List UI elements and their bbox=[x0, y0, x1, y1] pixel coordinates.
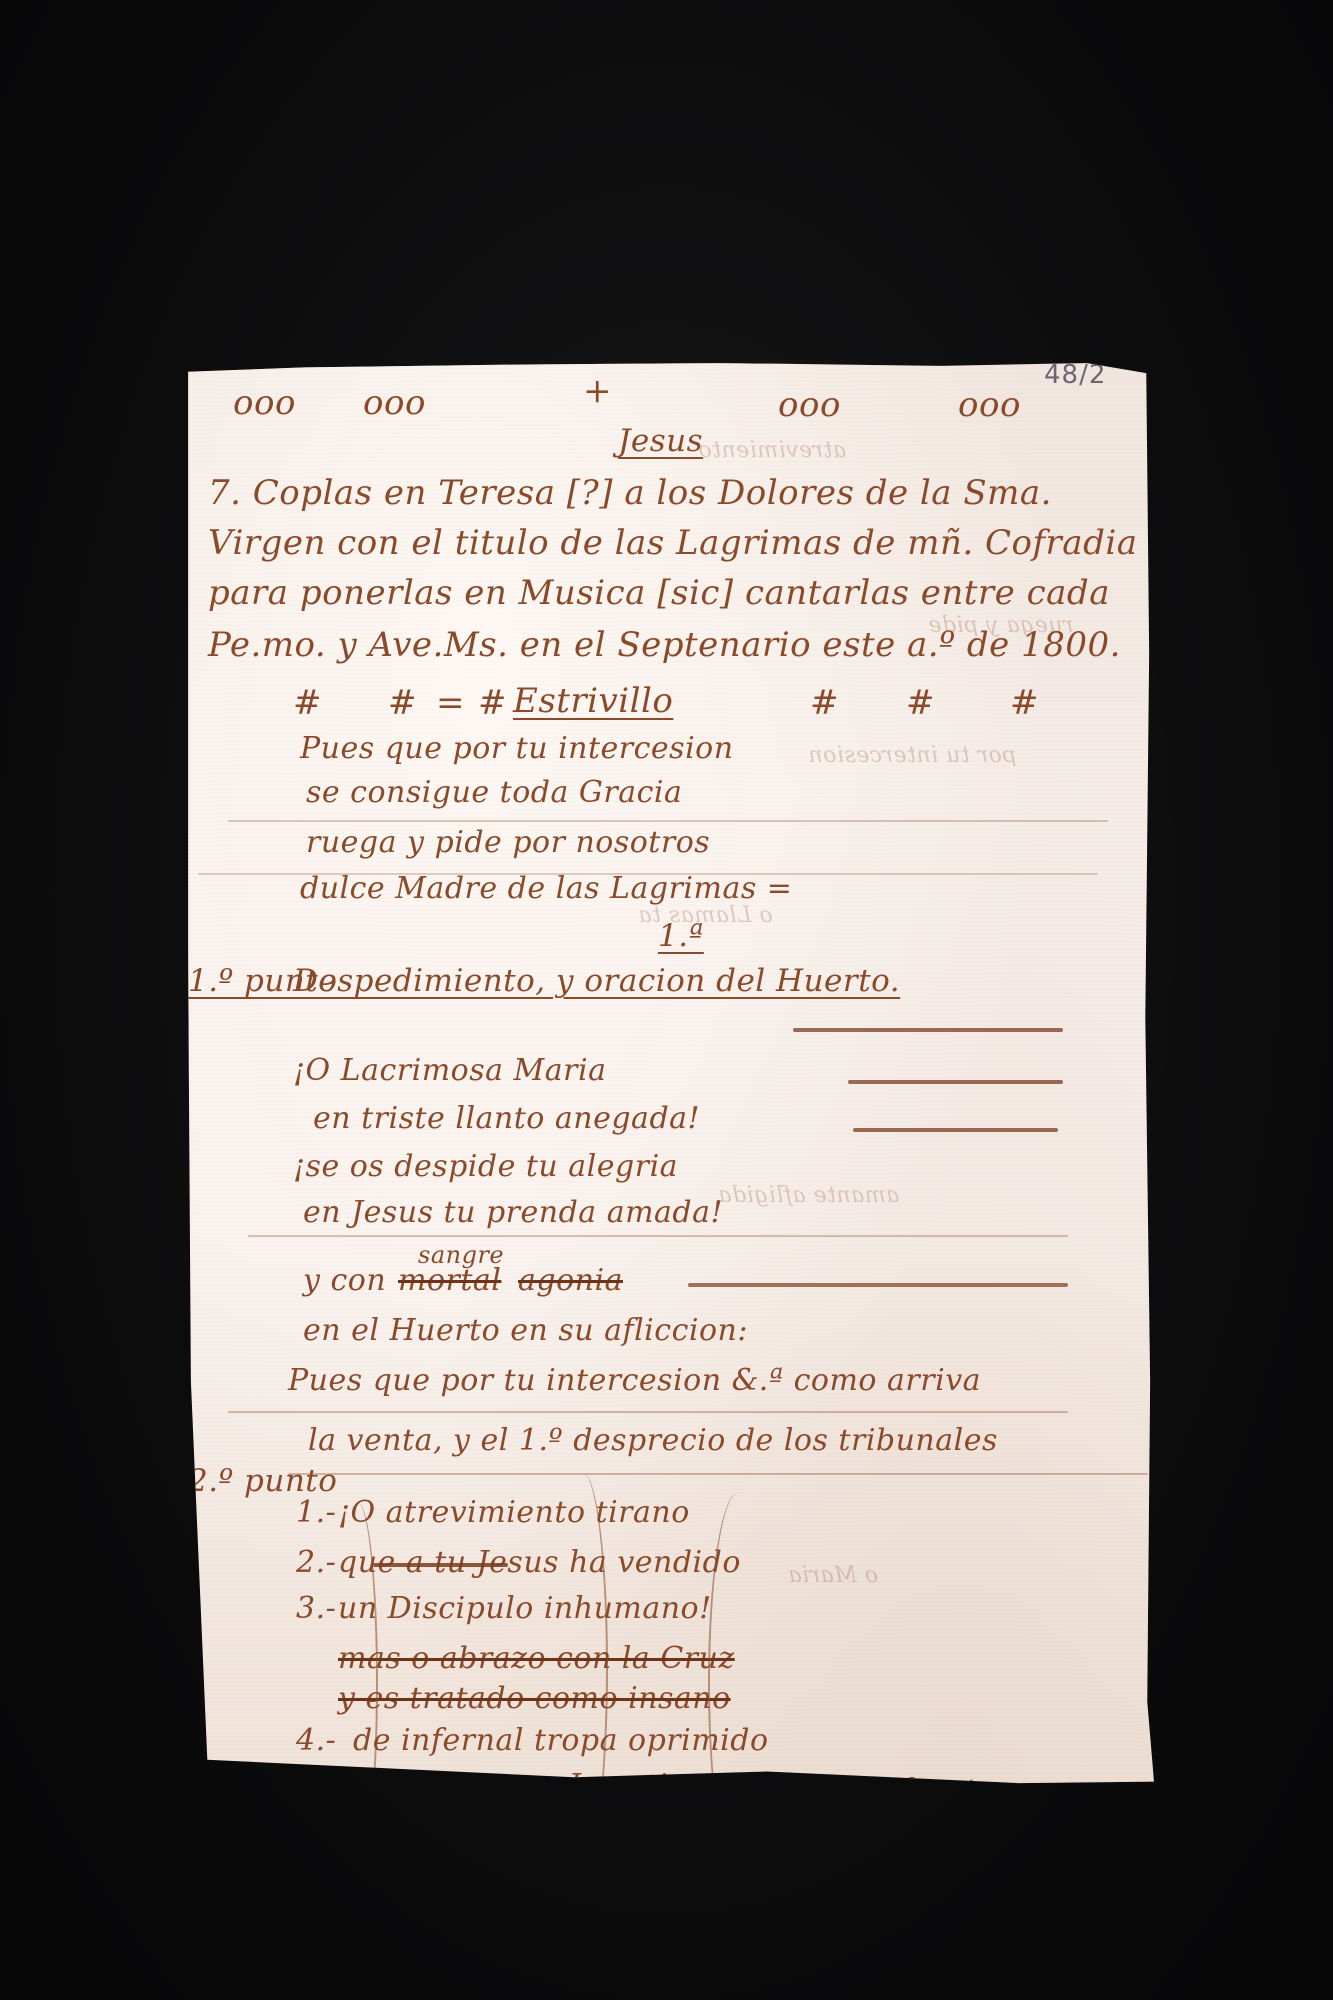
struck-line: y es tratado como insano bbox=[338, 1681, 731, 1716]
punto-heading: la venta, y el 1.º desprecio de los trib… bbox=[308, 1423, 998, 1458]
verse-line: se consigue toda Gracia bbox=[306, 775, 682, 810]
line-number: 4.- bbox=[296, 1723, 336, 1758]
line-number: 3.- bbox=[296, 1591, 336, 1626]
strike-bar bbox=[793, 1028, 1063, 1032]
estribillo-heading: Estrivillo bbox=[513, 681, 673, 721]
line-number: 1.- bbox=[296, 1495, 336, 1530]
cross-mark: + bbox=[583, 371, 612, 411]
ruled-line bbox=[228, 820, 1108, 822]
section-marker: 1.ª bbox=[658, 918, 704, 954]
flourish: ooo bbox=[958, 385, 1021, 425]
strike-bar bbox=[373, 1563, 508, 1567]
punto-heading: Despedimiento, y oracion del Huerto. bbox=[293, 963, 900, 999]
title-line: Pe.mo. y Ave.Ms. en el Septenario este a… bbox=[208, 625, 1121, 665]
section-mark: # bbox=[810, 683, 839, 723]
verse-line: y con bbox=[303, 1263, 386, 1298]
title-line: para ponerlas en Musica [sic] cantarlas … bbox=[208, 573, 1110, 613]
struck-line: mas o abrazo con la Cruz bbox=[338, 1641, 735, 1676]
verse-line: ruega y pide por nosotros bbox=[306, 825, 710, 860]
invocation: Jesus bbox=[618, 423, 703, 459]
verse-line: ¡O atrevimiento tirano bbox=[338, 1495, 690, 1530]
verse-tail: agonia bbox=[518, 1263, 623, 1298]
section-mark: # bbox=[293, 683, 322, 723]
section-mark: = bbox=[436, 683, 465, 723]
verse-line: Pues que por tu intercesion bbox=[300, 731, 734, 766]
title-line: Virgen con el titulo de las Lagrimas de … bbox=[208, 523, 1138, 563]
bleed-through: por tu intercesion bbox=[808, 743, 1017, 768]
bleed-through: o Maria bbox=[788, 1563, 878, 1588]
flourish: ooo bbox=[233, 383, 296, 423]
strike-bar bbox=[848, 1080, 1063, 1084]
ruled-line bbox=[248, 1235, 1068, 1237]
flourish: ooo bbox=[778, 385, 841, 425]
refrain-reference: Pues que por tu intercesion &.ª como arr… bbox=[288, 1363, 981, 1398]
verse-line: dulce Madre de las Lagrimas = bbox=[300, 871, 792, 906]
verse-line: en triste llanto anegada! bbox=[313, 1101, 700, 1136]
line-number: 2.- bbox=[296, 1545, 336, 1580]
bleed-through: amante afligida bbox=[718, 1183, 899, 1208]
strike-bar bbox=[688, 1283, 1068, 1287]
manuscript-page: 48/2 ooo ooo + ooo ooo Jesus atrevimient… bbox=[188, 363, 1154, 1818]
bleed-through: atrevimiento bbox=[698, 438, 846, 463]
section-mark: # bbox=[1010, 683, 1039, 723]
strike-bar bbox=[853, 1128, 1058, 1132]
ruled-line bbox=[228, 1411, 1068, 1413]
struck-word: mortal bbox=[398, 1263, 501, 1298]
verse-line: en Jesus tu prenda amada! bbox=[303, 1195, 723, 1230]
section-mark: # bbox=[478, 683, 507, 723]
verse-line: ¡O Lacrimosa Maria bbox=[293, 1053, 606, 1088]
verse-line: en el Huerto en su afliccion: bbox=[303, 1313, 748, 1348]
margin-label: 2.º punto bbox=[188, 1463, 337, 1499]
section-mark: # bbox=[906, 683, 935, 723]
section-mark: # bbox=[388, 683, 417, 723]
flourish: ooo bbox=[363, 383, 426, 423]
verse-line: ¡se os despide tu alegria bbox=[293, 1149, 678, 1184]
verse-line: un Discipulo inhumano! bbox=[338, 1591, 712, 1626]
ruled-line bbox=[288, 1473, 1148, 1475]
title-line: 7. Coplas en Teresa [?] a los Dolores de… bbox=[208, 473, 1052, 513]
